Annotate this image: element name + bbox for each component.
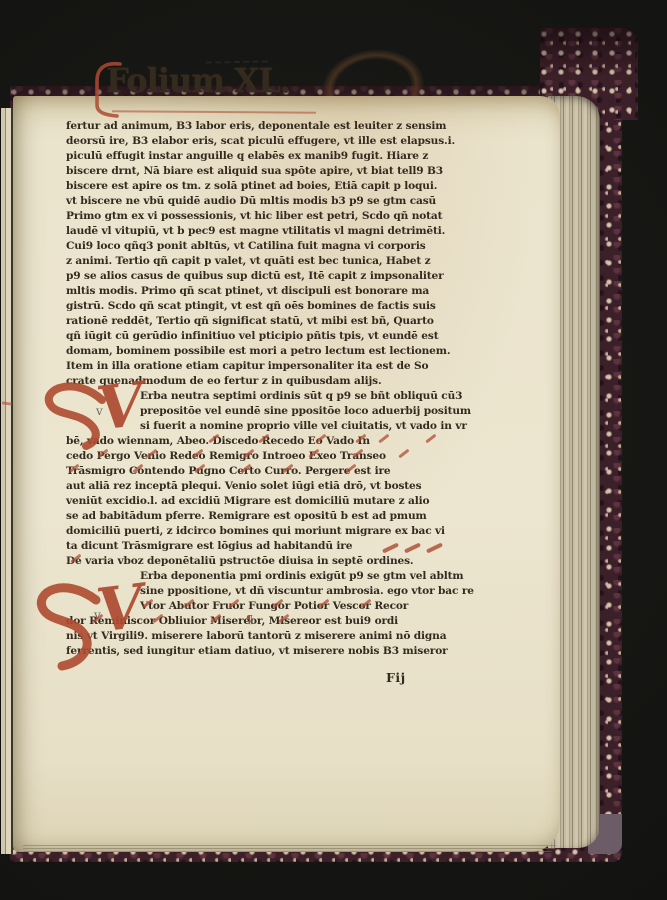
text-line: qñ iūgit cū gerūdio infinitiuo vel ptici… (66, 329, 458, 344)
text-line: Cui9 loco qñq3 ponit abltūs, vt Catilina… (66, 239, 458, 254)
text-line: mltis modis. Primo qñ scat ptinet, vt di… (66, 284, 458, 299)
text-line: biscere drnt, Nā biare est aliquid sua s… (66, 164, 458, 179)
text-line: laudē vl vitupiū, vt b pec9 est magne vt… (66, 224, 458, 239)
signature-mark: Fij (386, 670, 406, 685)
text-line: p9 se alios casus de quibus sup dictū es… (66, 269, 458, 284)
text-line: De varia vboz deponētaliū pstructōe diui… (66, 554, 458, 569)
guide-letter: v (96, 404, 103, 418)
text-line: rationē reddēt, Tertio qñ significat sta… (66, 314, 458, 329)
red-pilcrow: ¶ (246, 613, 253, 626)
text-line: domam, bominem possibile est mori a petr… (66, 344, 458, 359)
text-line: ta dicunt Trāsmigrare est lōgius ad habi… (66, 539, 458, 554)
book-photograph: Folium.XL. fertur ad animum, B3 labor er… (0, 0, 667, 900)
text-line: se ad babitādum pferre. Remigrare est op… (66, 509, 458, 524)
text-line: fertur ad animum, B3 labor eris, deponen… (66, 119, 458, 134)
text-line: veniūt excidio.l. ad excidiū Migrare est… (66, 494, 458, 509)
text-line: domiciliū puerti, z idcirco bomines qui … (66, 524, 458, 539)
text-line: aut aliā rez inceptā plequi. Venio solet… (66, 479, 458, 494)
text-line: vt biscere ne vbū quidē audio Dū mltis m… (66, 194, 458, 209)
rubricated-initial-V: V v (38, 378, 144, 450)
text-line: deorsū ire, B3 elabor eris, scat piculū … (66, 134, 458, 149)
folio-heading: Folium.XL. (106, 64, 290, 98)
text-line: biscere est apire os tm. z solā ptinet a… (66, 179, 458, 194)
text-line: z animi. Tertio qñ capit p valet, vt quā… (66, 254, 458, 269)
initial-letter: V (94, 577, 147, 640)
text-line: Trāsmigro Contendo Pugno Certo Curro. Pe… (66, 464, 458, 479)
text-line: gistrū. Scdo qñ scat ptingit, vt est qñ … (66, 299, 458, 314)
rubricated-initial-V: V v (34, 580, 144, 668)
text-line: piculū effugit instar anguille q elabēs … (66, 149, 458, 164)
facing-page-edge (0, 108, 13, 854)
text-line: Primo gtm ex vi possessionis, vt hic lib… (66, 209, 458, 224)
